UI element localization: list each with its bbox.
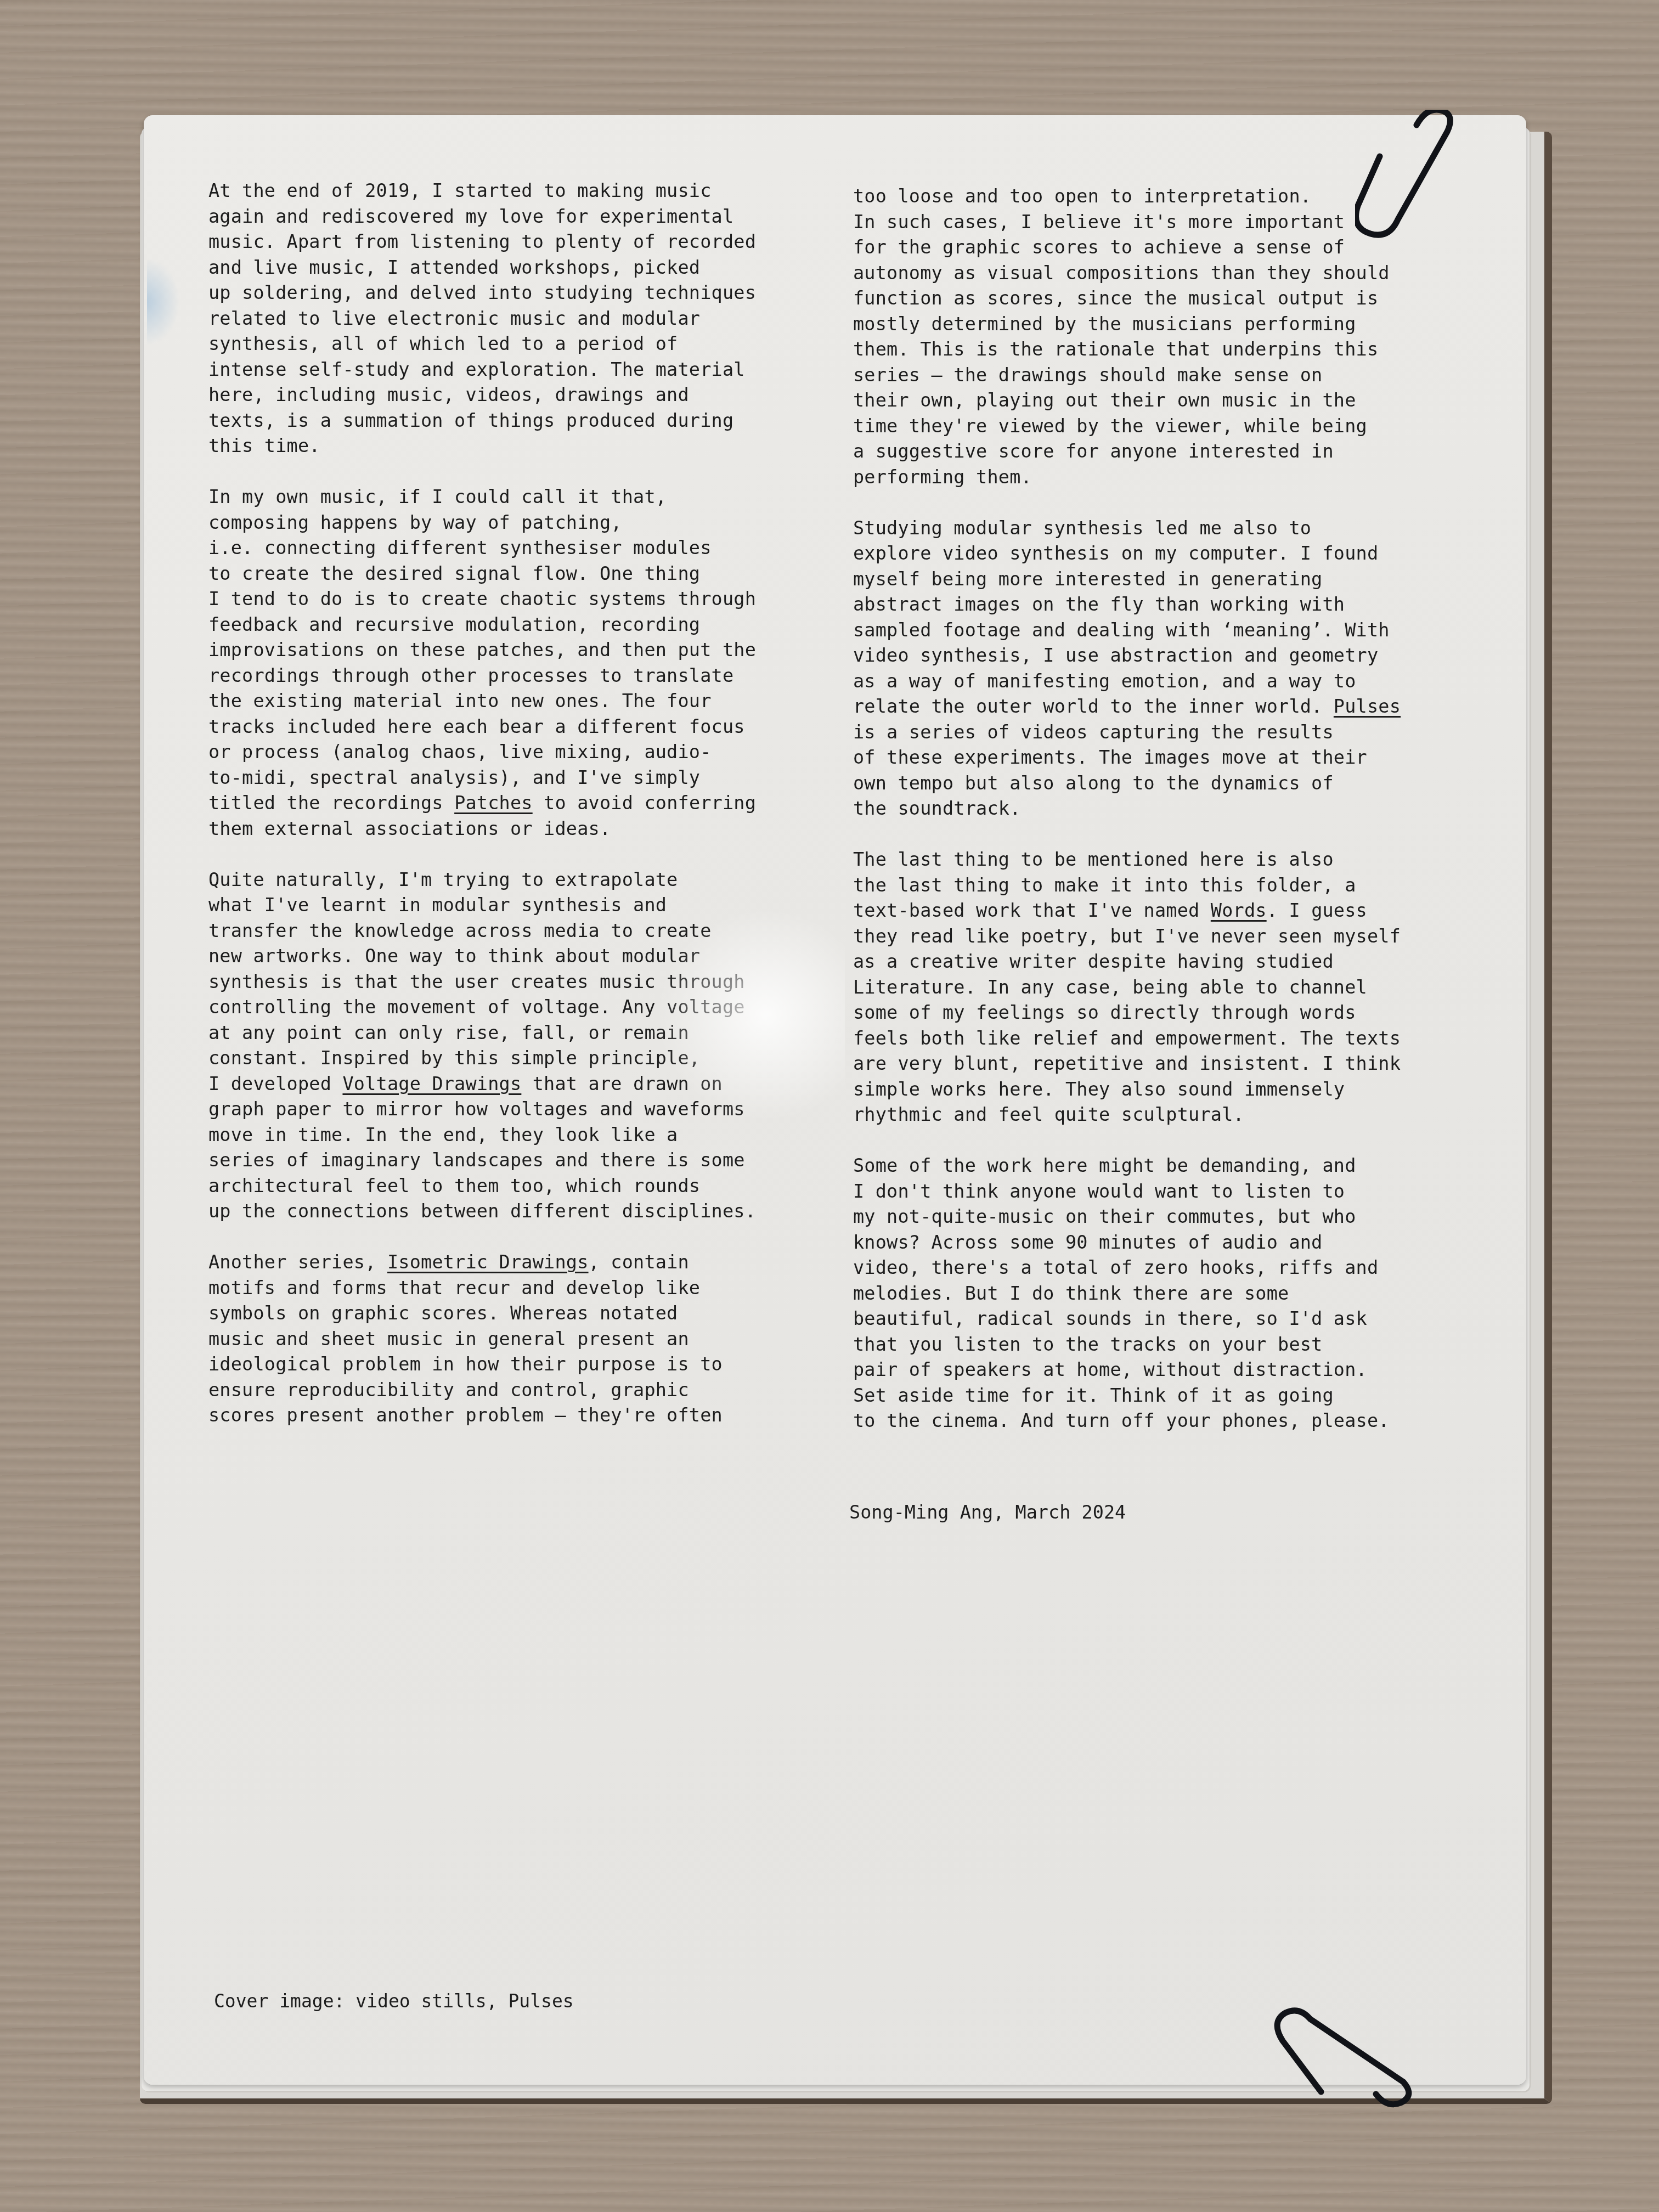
text-line: constant. Inspired by this simple princi… [208,1046,756,1071]
text-line: titled the recordings Patches to avoid c… [208,791,756,816]
text-segment: too loose and too open to interpretation… [853,185,1311,207]
text-segment: Quite naturally, I'm trying to extrapola… [208,869,678,890]
text-line: Another series, Isometric Drawings, cont… [208,1250,756,1276]
text-segment: that you listen to the tracks on your be… [853,1334,1323,1355]
text-line: melodies. But I do think there are some [853,1281,1401,1307]
text-segment: ideological problem in how their purpose… [208,1353,723,1375]
text-segment: this time. [208,435,320,456]
text-segment: them external associations or ideas. [208,818,611,839]
text-line: architectural feel to them too, which ro… [208,1173,756,1199]
text-line: their own, playing out their own music i… [853,388,1401,414]
text-line: Literature. In any case, being able to c… [853,975,1401,1001]
text-line: Quite naturally, I'm trying to extrapola… [208,867,756,893]
text-line: my not-quite-music on their commutes, bu… [853,1204,1401,1230]
text-line: to the cinema. And turn off your phones,… [853,1408,1401,1434]
text-line: as a way of manifesting emotion, and a w… [853,669,1401,695]
text-segment: that are drawn on [521,1073,723,1094]
text-segment: move in time. In the end, they look like… [208,1124,678,1145]
paragraph: At the end of 2019, I started to making … [208,178,756,459]
text-segment: I don't think anyone would want to liste… [853,1181,1345,1202]
text-line: what I've learnt in modular synthesis an… [208,893,756,918]
text-line: The last thing to be mentioned here is a… [853,847,1401,873]
text-segment: the last thing to make it into this fold… [853,874,1356,896]
text-line: beautiful, radical sounds in there, so I… [853,1306,1401,1332]
text-segment: the existing material into new ones. The… [208,690,712,712]
text-segment: at any point can only rise, fall, or rem… [208,1022,689,1043]
text-segment: beautiful, radical sounds in there, so I… [853,1308,1367,1329]
text-line: up soldering, and delved into studying t… [208,280,756,306]
text-line: sampled footage and dealing with ‘meanin… [853,618,1401,644]
text-segment: scores present another problem — they're… [208,1404,723,1426]
text-line: motifs and forms that recur and develop … [208,1276,756,1301]
text-segment: controlling the movement of voltage. Any… [208,996,745,1018]
text-segment: what I've learnt in modular synthesis an… [208,894,667,916]
text-segment: time they're viewed by the viewer, while… [853,415,1367,437]
text-line: improvisations on these patches, and the… [208,637,756,663]
work-title: Isometric Drawings [387,1251,589,1273]
text-segment: I developed [208,1073,342,1094]
paragraph: Quite naturally, I'm trying to extrapola… [208,867,756,1224]
text-segment: myself being more interested in generati… [853,568,1323,590]
text-line: here, including music, videos, drawings … [208,382,756,408]
text-line: synthesis, all of which led to a period … [208,331,756,357]
text-segment: feedback and recursive modulation, recor… [208,614,700,635]
text-line: Set aside time for it. Think of it as go… [853,1383,1401,1409]
text-segment: Some of the work here might be demanding… [853,1155,1356,1176]
text-line: this time. [208,433,756,459]
text-segment: some of my feelings so directly through … [853,1002,1356,1023]
text-segment: motifs and forms that recur and develop … [208,1277,700,1299]
text-segment: related to live electronic music and mod… [208,308,700,329]
text-line: and live music, I attended workshops, pi… [208,255,756,281]
text-segment: intense self-study and exploration. The … [208,359,745,380]
text-line: In my own music, if I could call it that… [208,484,756,510]
text-line: transfer the knowledge across media to c… [208,918,756,944]
text-line: related to live electronic music and mod… [208,306,756,332]
text-segment: The last thing to be mentioned here is a… [853,849,1334,870]
text-line: relate the outer world to the inner worl… [853,694,1401,720]
text-segment: graph paper to mirror how voltages and w… [208,1098,745,1120]
text-segment: autonomy as visual compositions than the… [853,262,1390,284]
text-segment: architectural feel to them too, which ro… [208,1175,700,1197]
paragraph: Another series, Isometric Drawings, cont… [208,1250,756,1429]
text-line: symbols on graphic scores. Whereas notat… [208,1301,756,1327]
text-segment: series of imaginary landscapes and there… [208,1149,745,1171]
text-segment: Studying modular synthesis led me also t… [853,517,1311,539]
text-segment: performing them. [853,466,1032,488]
text-line: for the graphic scores to achieve a sens… [853,235,1401,261]
text-segment: series — the drawings should make sense … [853,364,1323,386]
text-segment: At the end of 2019, I started to making … [208,180,712,201]
text-line: autonomy as visual compositions than the… [853,261,1401,286]
paragraph: too loose and too open to interpretation… [853,184,1401,490]
text-segment: Literature. In any case, being able to c… [853,977,1367,998]
text-line: Studying modular synthesis led me also t… [853,516,1401,541]
text-line: function as scores, since the musical ou… [853,286,1401,312]
text-segment: tracks included here each bear a differe… [208,716,745,737]
cover-caption: Cover image: video stills, Pulses [214,1990,574,2012]
text-segment: to-midi, spectral analysis), and I've si… [208,767,700,788]
text-segment: Set aside time for it. Think of it as go… [853,1385,1334,1406]
text-line: I tend to do is to create chaotic system… [208,586,756,612]
text-line: as a creative writer despite having stud… [853,949,1401,975]
text-line: At the end of 2019, I started to making … [208,178,756,204]
text-segment: pair of speakers at home, without distra… [853,1359,1367,1380]
text-segment: is a series of videos capturing the resu… [853,721,1334,743]
text-line: recordings through other processes to tr… [208,663,756,689]
text-line: some of my feelings so directly through … [853,1000,1401,1026]
text-segment: symbols on graphic scores. Whereas notat… [208,1302,678,1324]
text-line: tracks included here each bear a differe… [208,714,756,740]
text-segment: music and sheet music in general present… [208,1328,689,1350]
text-line: abstract images on the fly than working … [853,592,1401,618]
text-line: knows? Across some 90 minutes of audio a… [853,1230,1401,1256]
text-segment: feels both like relief and empowerment. … [853,1028,1401,1049]
text-line: controlling the movement of voltage. Any… [208,995,756,1020]
text-segment: up soldering, and delved into studying t… [208,282,756,303]
text-line: too loose and too open to interpretation… [853,184,1401,210]
text-line: of these experiments. The images move at… [853,745,1401,771]
text-segment: constant. Inspired by this simple princi… [208,1047,700,1069]
text-line: graph paper to mirror how voltages and w… [208,1097,756,1122]
text-segment: explore video synthesis on my computer. … [853,543,1378,564]
text-segment: In my own music, if I could call it that… [208,486,667,507]
text-segment: of these experiments. The images move at… [853,747,1367,768]
signature-line: Song-Ming Ang, March 2024 [849,1502,1126,1523]
text-line: composing happens by way of patching, [208,510,756,536]
right-text-column: too loose and too open to interpretation… [853,184,1401,1459]
text-segment: i.e. connecting different synthesiser mo… [208,537,712,558]
text-segment: again and rediscovered my love for exper… [208,206,733,227]
text-segment: function as scores, since the musical ou… [853,287,1378,309]
text-segment: up the connections between different dis… [208,1200,756,1222]
text-segment: mostly determined by the musicians perfo… [853,313,1356,335]
paragraph: Studying modular synthesis led me also t… [853,516,1401,822]
ink-stain [147,258,180,346]
text-segment: improvisations on these patches, and the… [208,639,756,661]
text-segment: abstract images on the fly than working … [853,594,1345,615]
text-line: scores present another problem — they're… [208,1403,756,1429]
text-line: are very blunt, repetitive and insistent… [853,1051,1401,1077]
paper-clip-icon [1355,110,1481,252]
text-line: ensure reproducibility and control, grap… [208,1378,756,1403]
text-segment: Another series, [208,1251,387,1273]
text-segment: sampled footage and dealing with ‘meanin… [853,619,1390,641]
work-title: Voltage Drawings [342,1073,521,1094]
text-line: new artworks. One way to think about mod… [208,944,756,969]
left-text-column: At the end of 2019, I started to making … [208,178,756,1454]
text-line: intense self-study and exploration. The … [208,357,756,383]
text-line: Some of the work here might be demanding… [853,1153,1401,1179]
work-title: Words [1211,900,1267,921]
text-segment: titled the recordings [208,792,454,814]
text-segment: or process (analog chaos, live mixing, a… [208,741,712,763]
text-line: In such cases, I believe it's more impor… [853,210,1401,235]
text-segment: recordings through other processes to tr… [208,665,733,686]
text-line: pair of speakers at home, without distra… [853,1357,1401,1383]
text-segment: In such cases, I believe it's more impor… [853,211,1345,233]
text-line: the soundtrack. [853,796,1401,822]
paragraph: The last thing to be mentioned here is a… [853,847,1401,1128]
text-line: to create the desired signal flow. One t… [208,561,756,587]
paragraph: In my own music, if I could call it that… [208,484,756,842]
text-segment: transfer the knowledge across media to c… [208,920,712,941]
text-line: I developed Voltage Drawings that are dr… [208,1071,756,1097]
text-segment: to avoid conferring [533,792,756,814]
paper-clip-icon [1272,1978,1420,2109]
text-segment: melodies. But I do think there are some [853,1283,1289,1304]
text-line: series of imaginary landscapes and there… [208,1148,756,1173]
text-segment: the soundtrack. [853,798,1021,819]
text-segment: simple works here. They also sound immen… [853,1079,1345,1100]
text-line: them. This is the rationale that underpi… [853,337,1401,363]
text-line: video, there's a total of zero hooks, ri… [853,1255,1401,1281]
text-line: mostly determined by the musicians perfo… [853,312,1401,337]
text-segment: . I guess [1267,900,1367,921]
text-segment: own tempo but also along to the dynamics… [853,772,1334,794]
text-line: is a series of videos capturing the resu… [853,720,1401,746]
text-line: them external associations or ideas. [208,816,756,842]
text-line: move in time. In the end, they look like… [208,1122,756,1148]
text-segment: rhythmic and feel quite sculptural. [853,1104,1244,1125]
text-line: myself being more interested in generati… [853,567,1401,592]
text-segment: a suggestive score for anyone interested… [853,441,1334,462]
text-segment: their own, playing out their own music i… [853,390,1356,411]
text-segment: relate the outer world to the inner worl… [853,696,1334,717]
text-segment: composing happens by way of patching, [208,512,622,533]
text-segment: synthesis, all of which led to a period … [208,333,678,354]
text-segment: as a creative writer despite having stud… [853,951,1334,972]
text-line: video synthesis, I use abstraction and g… [853,643,1401,669]
text-segment: video, there's a total of zero hooks, ri… [853,1257,1378,1278]
text-line: up the connections between different dis… [208,1199,756,1224]
text-segment: them. This is the rationale that underpi… [853,338,1378,360]
text-segment: my not-quite-music on their commutes, bu… [853,1206,1356,1227]
text-segment: I tend to do is to create chaotic system… [208,588,756,610]
paragraph: Some of the work here might be demanding… [853,1153,1401,1434]
text-line: explore video synthesis on my computer. … [853,541,1401,567]
text-line: music. Apart from listening to plenty of… [208,229,756,255]
text-line: time they're viewed by the viewer, while… [853,414,1401,439]
text-line: at any point can only rise, fall, or rem… [208,1020,756,1046]
text-line: rhythmic and feel quite sculptural. [853,1102,1401,1128]
text-segment: synthesis is that the user creates music… [208,971,745,992]
text-line: ideological problem in how their purpose… [208,1352,756,1378]
text-segment: new artworks. One way to think about mod… [208,945,700,967]
text-line: i.e. connecting different synthesiser mo… [208,535,756,561]
text-segment: they read like poetry, but I've never se… [853,926,1401,947]
text-segment: are very blunt, repetitive and insistent… [853,1053,1401,1074]
text-line: performing them. [853,465,1401,490]
text-segment: to the cinema. And turn off your phones,… [853,1410,1390,1431]
text-segment: as a way of manifesting emotion, and a w… [853,670,1356,692]
work-title: Patches [454,792,533,814]
text-segment: texts, is a summation of things produced… [208,410,733,431]
text-line: feels both like relief and empowerment. … [853,1026,1401,1052]
text-line: series — the drawings should make sense … [853,363,1401,388]
text-line: own tempo but also along to the dynamics… [853,771,1401,797]
text-segment: to create the desired signal flow. One t… [208,563,700,584]
text-segment: music. Apart from listening to plenty of… [208,231,756,252]
text-line: synthesis is that the user creates music… [208,969,756,995]
text-segment: knows? Across some 90 minutes of audio a… [853,1232,1323,1253]
text-line: feedback and recursive modulation, recor… [208,612,756,638]
text-line: to-midi, spectral analysis), and I've si… [208,765,756,791]
text-line: the existing material into new ones. The… [208,689,756,714]
text-line: music and sheet music in general present… [208,1327,756,1352]
text-segment: here, including music, videos, drawings … [208,384,689,405]
text-line: simple works here. They also sound immen… [853,1077,1401,1103]
text-line: that you listen to the tracks on your be… [853,1332,1401,1358]
text-line: a suggestive score for anyone interested… [853,439,1401,465]
text-line: again and rediscovered my love for exper… [208,204,756,230]
work-title: Pulses [1334,696,1401,717]
text-segment: ensure reproducibility and control, grap… [208,1379,689,1401]
text-segment: video synthesis, I use abstraction and g… [853,645,1378,666]
text-segment: , contain [589,1251,689,1273]
text-line: text-based work that I've named Words. I… [853,898,1401,924]
text-segment: and live music, I attended workshops, pi… [208,257,700,278]
text-line: I don't think anyone would want to liste… [853,1179,1401,1205]
text-line: or process (analog chaos, live mixing, a… [208,740,756,765]
text-segment: for the graphic scores to achieve a sens… [853,236,1345,258]
text-line: texts, is a summation of things produced… [208,408,756,434]
text-segment: text-based work that I've named [853,900,1211,921]
text-line: the last thing to make it into this fold… [853,873,1401,899]
text-line: they read like poetry, but I've never se… [853,924,1401,950]
